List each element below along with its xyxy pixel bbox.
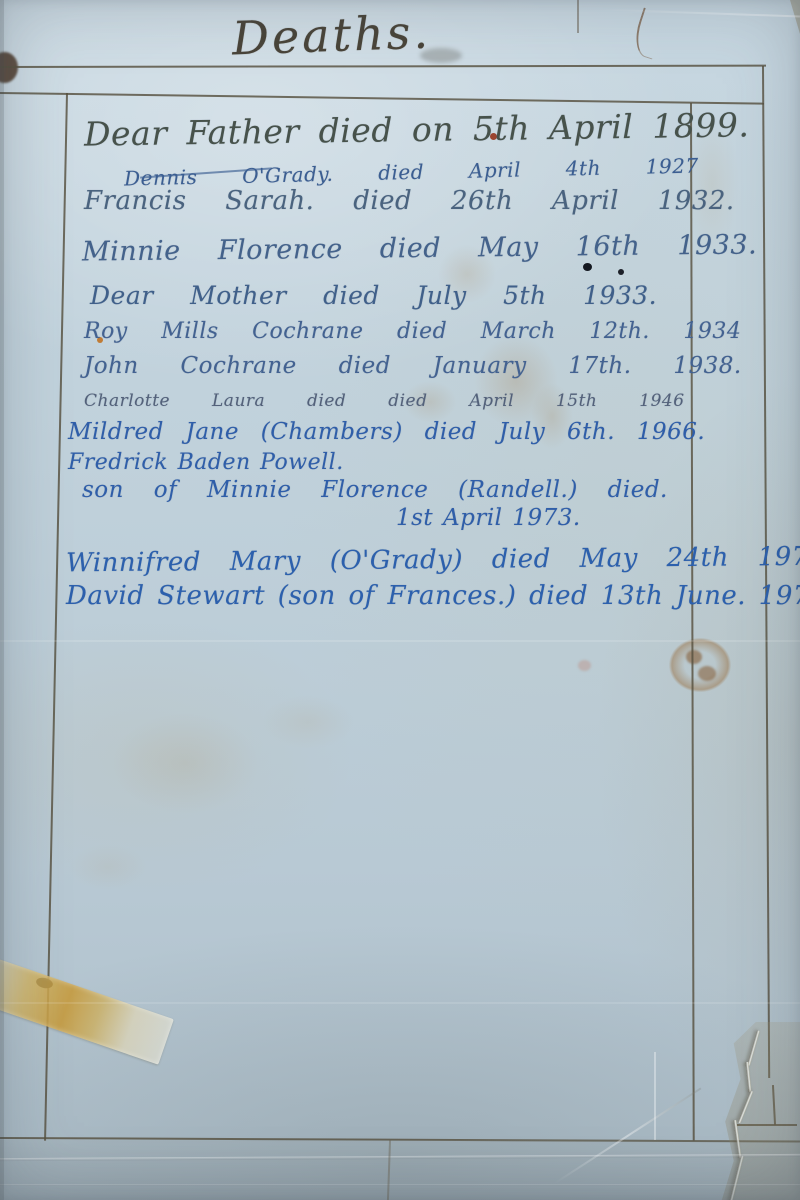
torn-corner [715, 1022, 800, 1200]
crease [600, 9, 800, 18]
crease [554, 1088, 702, 1185]
death-entry-14: David Stewart (son of Frances.) died 13t… [66, 581, 800, 611]
crease [654, 1052, 656, 1140]
stain [686, 650, 702, 664]
crease [0, 640, 800, 642]
scratch-mark [629, 7, 666, 59]
photo-edge [0, 0, 4, 1200]
stain [56, 836, 160, 898]
stain [88, 696, 283, 831]
stain [246, 686, 370, 758]
death-entry-11: son of Minnie Florence (Randell.) died. [82, 477, 668, 503]
death-entry-1: Dear Father died on 5th April 1899. [84, 105, 750, 153]
death-entry-6: Roy Mills Cochrane died March 12th. 1934 [84, 319, 741, 344]
crease [0, 1184, 800, 1186]
stain [524, 372, 580, 460]
tape-repair [0, 957, 174, 1065]
ruled-line-header [0, 92, 764, 105]
crease [0, 1154, 800, 1161]
death-entry-3: Francis Sarah. died 26th April 1932. [84, 186, 735, 216]
death-entry-10: Fredrick Baden Powell. [68, 450, 344, 475]
death-entry-9: Mildred Jane (Chambers) died July 6th. 1… [68, 419, 705, 445]
pencil-mark [577, 0, 579, 33]
death-entry-13: Winnifred Mary (O'Grady) died May 24th 1… [66, 542, 800, 579]
stain-ring [660, 630, 740, 700]
page-edge-corner [790, 0, 800, 34]
ledger-page-photo: Deaths. Dear Father died on 5th April 18… [0, 0, 800, 1200]
death-entry-5: Dear Mother died July 5th 1933. [90, 281, 657, 310]
ink-dot [583, 263, 592, 271]
crease [387, 1140, 391, 1200]
ink-dot [618, 269, 624, 275]
death-entry-7: John Cochrane died January 17th. 1938. [84, 353, 742, 379]
crease [0, 1140, 800, 1200]
ruled-line-bottom [0, 1137, 800, 1142]
stain [578, 660, 591, 671]
ruled-line-top [0, 65, 766, 68]
death-entry-4: Minnie Florence died May 16th 1933. [82, 229, 757, 267]
page-title: Deaths. [231, 5, 432, 66]
stain [698, 666, 716, 681]
death-entry-8: Charlotte Laura died died April 15th 194… [84, 391, 685, 411]
death-entry-12: 1st April 1973. [396, 505, 581, 531]
